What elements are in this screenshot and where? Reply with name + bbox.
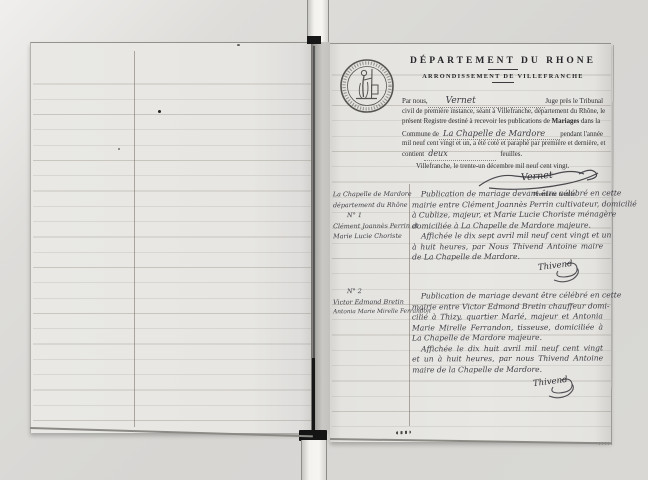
margin-line: Victor Edmond Bretin bbox=[333, 296, 410, 307]
body-line: cilié à Thizy, quartier Marlé, majeur et… bbox=[412, 312, 603, 323]
margin-line: Antonia Marie Mirelle Ferrandon bbox=[333, 307, 410, 318]
form-line-3: présent Registre destiné à recevoir les … bbox=[402, 117, 603, 128]
margin-line: département du Rhône bbox=[333, 199, 410, 210]
printed-text: mil neuf cent vingt et un, a été coté et… bbox=[402, 139, 605, 150]
bookmark-strip-bottom bbox=[301, 440, 327, 480]
form-line-6: contient deux feuilles. bbox=[402, 149, 603, 160]
bookmark-clip-top bbox=[307, 36, 321, 44]
body-line: à huit heures, par Nous Thivend Antoine … bbox=[412, 241, 603, 252]
entry-1-margin: La Chapelle de Mardore département du Rh… bbox=[333, 189, 410, 242]
mayor-signature-entry-2: Thivend bbox=[523, 369, 579, 399]
sheet-count-handwritten: deux bbox=[424, 149, 496, 161]
body-line: Publication de mariage devant être céléb… bbox=[412, 291, 603, 302]
left-page bbox=[30, 42, 313, 433]
body-line: et un à huit heures, par nous Thivend An… bbox=[412, 353, 603, 364]
ink-speck bbox=[118, 148, 120, 150]
ink-speck bbox=[158, 110, 161, 113]
printed-header: DÉPARTEMENT DU RHONE ARRONDISSEMENT DE V… bbox=[402, 56, 604, 83]
left-page-margin-rule bbox=[134, 51, 135, 427]
form-line-1: Par nous, Vernet Juge près le Tribunal bbox=[402, 96, 603, 107]
body-line: à Cublize, majeur, et Marie Lucie Choris… bbox=[412, 210, 603, 221]
printed-text: contient bbox=[402, 150, 424, 161]
entry-number: N° 2 bbox=[333, 286, 410, 297]
entry-1-body: Publication de mariage devant être céléb… bbox=[412, 189, 603, 263]
ink-speck bbox=[237, 44, 240, 46]
department-title: DÉPARTEMENT DU RHONE bbox=[402, 56, 604, 66]
form-line-5: mil neuf cent vingt et un, a été coté et… bbox=[402, 139, 603, 150]
body-line: Affichée le dix sept avril mil neuf cent… bbox=[412, 230, 603, 241]
entry-2-body: Publication de mariage devant être céléb… bbox=[412, 291, 603, 376]
entry-number: N° 1 bbox=[333, 210, 410, 221]
margin-line: Marie Lucie Choriste bbox=[333, 231, 410, 242]
margin-line: Clément Joannès Perrin et bbox=[333, 220, 410, 231]
mayor-signature-entry-1: Thivend bbox=[528, 253, 584, 283]
right-page: DÉPARTEMENT DU RHONE ARRONDISSEMENT DE V… bbox=[330, 43, 611, 442]
body-line: Publication de mariage devant être céléb… bbox=[412, 189, 603, 200]
printed-text: présent Registre destiné à recevoir les … bbox=[402, 117, 550, 128]
printed-text: dans la bbox=[581, 117, 600, 128]
form-line-2: civil de première instance, séant à Vill… bbox=[402, 107, 603, 118]
register-scan: DÉPARTEMENT DU RHONE ARRONDISSEMENT DE V… bbox=[0, 0, 648, 480]
rule-divider bbox=[492, 82, 514, 83]
printed-text: civil de première instance, séant à Vill… bbox=[402, 107, 605, 118]
arrondissement-subtitle: ARRONDISSEMENT DE VILLEFRANCHE bbox=[402, 73, 604, 80]
form-line-4: Commune de La Chapelle de Mardore pendan… bbox=[402, 128, 603, 139]
mariages-label: Mariages bbox=[552, 117, 580, 128]
register-declaration: Par nous, Vernet Juge près le Tribunal c… bbox=[402, 96, 603, 173]
body-line: Marie Mirelle Ferrandon, tisseuse, domic… bbox=[412, 322, 603, 333]
left-page-ruling bbox=[33, 69, 313, 428]
entry-2-margin: N° 2 Victor Edmond Bretin Antonia Marie … bbox=[333, 286, 410, 318]
rule-divider bbox=[488, 69, 518, 70]
binding-shadow-lower bbox=[312, 358, 315, 434]
printed-text: feuilles. bbox=[496, 150, 522, 161]
official-round-seal-icon bbox=[338, 57, 396, 115]
margin-line: La Chapelle de Mardore bbox=[333, 189, 410, 200]
